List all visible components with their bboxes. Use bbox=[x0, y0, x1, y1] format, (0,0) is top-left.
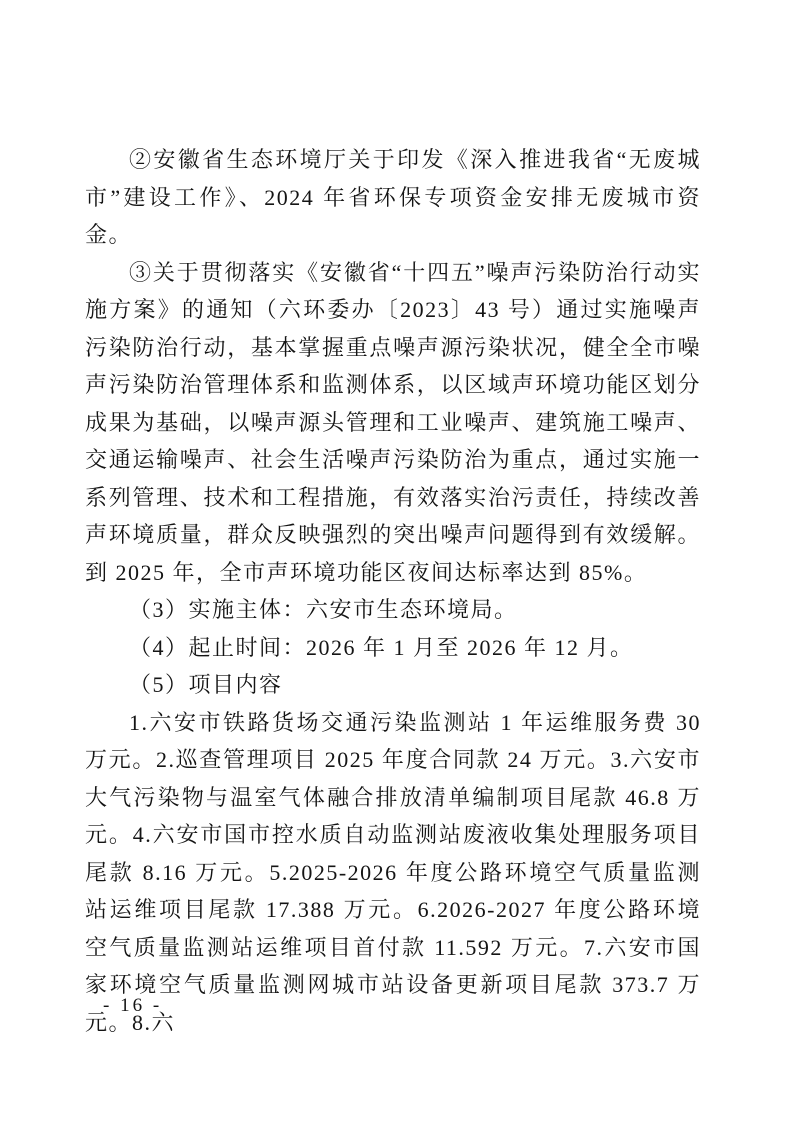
paragraph-noise-pollution-plan: ③关于贯彻落实《安徽省“十四五”噪声污染防治行动实施方案》的通知（六环委办〔20… bbox=[85, 254, 701, 592]
paragraph-waste-free-city: ②安徽省生态环境厅关于印发《深入推进我省“无废城市”建设工作》、2024 年省环… bbox=[85, 141, 701, 254]
paragraph-time-range: （4）起止时间：2026 年 1 月至 2026 年 12 月。 bbox=[85, 629, 701, 667]
paragraph-project-content-heading: （5）项目内容 bbox=[85, 666, 701, 704]
document-body: ②安徽省生态环境厅关于印发《深入推进我省“无废城市”建设工作》、2024 年省环… bbox=[85, 141, 701, 1041]
paragraph-project-items: 1.六安市铁路货场交通污染监测站 1 年运维服务费 30 万元。2.巡查管理项目… bbox=[85, 704, 701, 1042]
document-page: ②安徽省生态环境厅关于印发《深入推进我省“无废城市”建设工作》、2024 年省环… bbox=[0, 0, 793, 1122]
page-number: - 16 - bbox=[103, 995, 162, 1017]
paragraph-implementing-body: （3）实施主体：六安市生态环境局。 bbox=[85, 591, 701, 629]
